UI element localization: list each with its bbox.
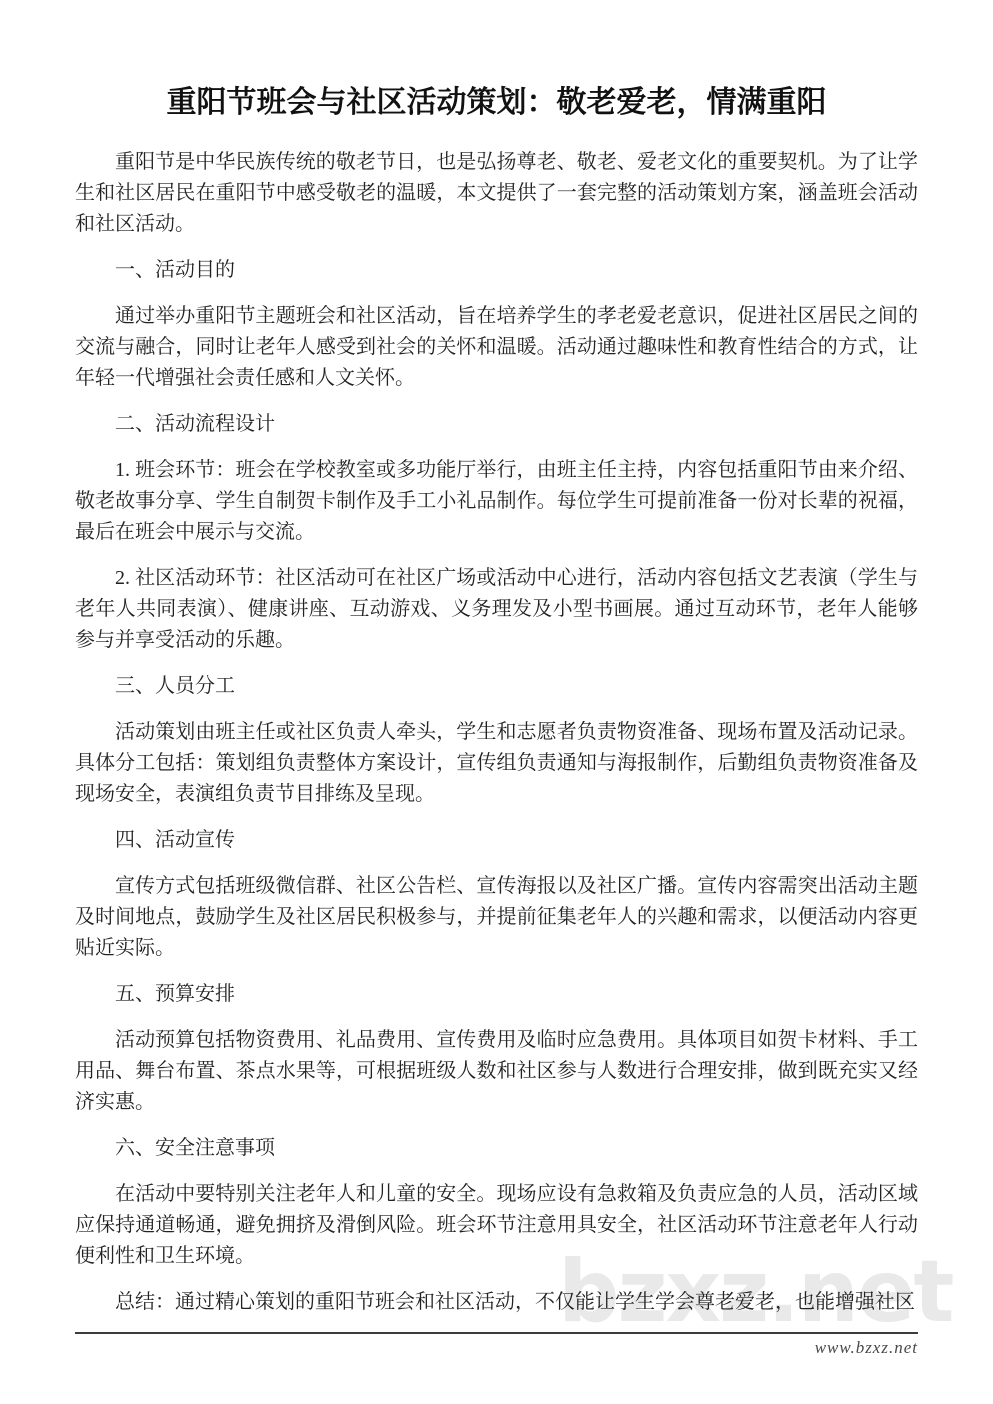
section-4-paragraph: 宣传方式包括班级微信群、社区公告栏、宣传海报以及社区广播。宣传内容需突出活动主题… (75, 871, 918, 964)
section-2-heading: 二、活动流程设计 (75, 409, 918, 440)
section-6-paragraph: 在活动中要特别关注老年人和儿童的安全。现场应设有急救箱及负责应急的人员，活动区域… (75, 1179, 918, 1272)
section-3-paragraph: 活动策划由班主任或社区负责人牵头，学生和志愿者负责物资准备、现场布置及活动记录。… (75, 717, 918, 810)
intro-paragraph: 重阳节是中华民族传统的敬老节日，也是弘扬尊老、敬老、爱老文化的重要契机。为了让学… (75, 147, 918, 240)
section-5-paragraph: 活动预算包括物资费用、礼品费用、宣传费用及临时应急费用。具体项目如贺卡材料、手工… (75, 1025, 918, 1118)
closing-paragraph: 总结：通过精心策划的重阳节班会和社区活动，不仅能让学生学会尊老爱老，也能增强社区 (75, 1287, 918, 1318)
page-footer: www.bzxz.net (75, 1332, 918, 1358)
document-content: 重阳节班会与社区活动策划：敬老爱老，情满重阳 重阳节是中华民族传统的敬老节日，也… (75, 84, 918, 1333)
section-6-heading: 六、安全注意事项 (75, 1133, 918, 1164)
section-5-heading: 五、预算安排 (75, 979, 918, 1010)
section-4-heading: 四、活动宣传 (75, 825, 918, 856)
page-title: 重阳节班会与社区活动策划：敬老爱老，情满重阳 (75, 84, 918, 122)
document-page: bzxz.net 重阳节班会与社区活动策划：敬老爱老，情满重阳 重阳节是中华民族… (0, 0, 993, 1404)
footer-url: www.bzxz.net (75, 1338, 918, 1358)
section-2-paragraph-1: 1. 班会环节：班会在学校教室或多功能厅举行，由班主任主持，内容包括重阳节由来介… (75, 455, 918, 548)
section-3-heading: 三、人员分工 (75, 671, 918, 702)
section-1-paragraph: 通过举办重阳节主题班会和社区活动，旨在培养学生的孝老爱老意识，促进社区居民之间的… (75, 301, 918, 394)
section-2-paragraph-2: 2. 社区活动环节：社区活动可在社区广场或活动中心进行，活动内容包括文艺表演（学… (75, 563, 918, 656)
footer-divider (75, 1332, 918, 1334)
section-1-heading: 一、活动目的 (75, 255, 918, 286)
